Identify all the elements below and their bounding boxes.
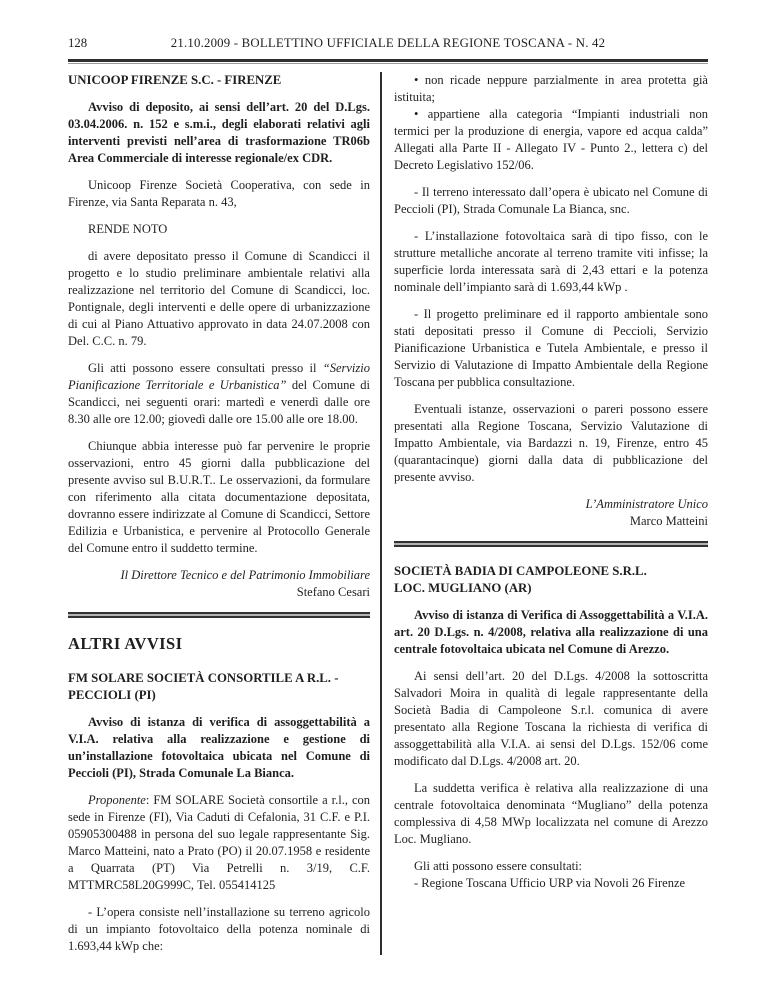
signature-name: Marco Matteini bbox=[394, 513, 708, 530]
paragraph: Proponente: FM SOLARE Società consortile… bbox=[68, 792, 370, 894]
paragraph: - L’installazione fotovoltaica sarà di t… bbox=[394, 228, 708, 296]
paragraph: La suddetta verifica è relativa alla rea… bbox=[394, 780, 708, 848]
section-separator-rule bbox=[68, 612, 370, 618]
column-divider bbox=[380, 72, 382, 955]
bullet-item: • appartiene alla categoria “Impianti in… bbox=[394, 106, 708, 174]
company-heading-line2: LOC. MUGLIANO (AR) bbox=[394, 580, 708, 597]
page-content: 128 21.10.2009 - BOLLETTINO UFFICIALE DE… bbox=[0, 0, 768, 955]
paragraph: Eventuali istanze, osservazioni o pareri… bbox=[394, 401, 708, 486]
notice-title: Avviso di istanza di Verifica di Assogge… bbox=[394, 607, 708, 658]
paragraph: Gli atti possono essere consultati: bbox=[394, 858, 708, 875]
paragraph: di avere depositato presso il Comune di … bbox=[68, 248, 370, 350]
header-title: 21.10.2009 - BOLLETTINO UFFICIALE DELLA … bbox=[68, 36, 708, 51]
section-heading-altri-avvisi: ALTRI AVVISI bbox=[68, 634, 370, 654]
paragraph: - Regione Toscana Ufficio URP via Novoli… bbox=[394, 875, 708, 892]
right-column: • non ricade neppure parzialmente in are… bbox=[394, 72, 708, 955]
paragraph: - L’opera consiste nell’installazione su… bbox=[68, 904, 370, 955]
paragraph-text: Gli atti possono essere consultati press… bbox=[88, 361, 323, 375]
signature-role: L’Amministratore Unico bbox=[394, 496, 708, 513]
bullet-item: • non ricade neppure parzialmente in are… bbox=[394, 72, 708, 106]
paragraph: Chiunque abbia interesse può far perveni… bbox=[68, 438, 370, 557]
paragraph-italic-text: Proponente bbox=[88, 793, 146, 807]
header-rule bbox=[68, 59, 708, 64]
company-heading-line1: SOCIETÀ BADIA DI CAMPOLEONE S.R.L. bbox=[394, 563, 708, 580]
section-separator-rule bbox=[394, 541, 708, 547]
bulletin-page: 128 21.10.2009 - BOLLETTINO UFFICIALE DE… bbox=[0, 0, 768, 994]
company-heading-unicoop: UNICOOP FIRENZE S.C. - FIRENZE bbox=[68, 72, 370, 89]
page-number: 128 bbox=[68, 36, 87, 51]
paragraph: Gli atti possono essere consultati press… bbox=[68, 360, 370, 428]
paragraph: Ai sensi dell’art. 20 del D.Lgs. 4/2008 … bbox=[394, 668, 708, 770]
company-heading-fm-solare: FM SOLARE SOCIETÀ CONSORTILE A R.L. - PE… bbox=[68, 670, 370, 704]
page-header: 128 21.10.2009 - BOLLETTINO UFFICIALE DE… bbox=[68, 36, 708, 56]
paragraph: - Il progetto preliminare ed il rapporto… bbox=[394, 306, 708, 391]
notice-title: Avviso di istanza di verifica di assogge… bbox=[68, 714, 370, 782]
rende-noto-heading: RENDE NOTO bbox=[68, 221, 370, 238]
signature-name: Stefano Cesari bbox=[68, 584, 370, 601]
company-heading-badia: SOCIETÀ BADIA DI CAMPOLEONE S.R.L. LOC. … bbox=[394, 563, 708, 597]
left-column: UNICOOP FIRENZE S.C. - FIRENZE Avviso di… bbox=[68, 72, 370, 955]
paragraph: Unicoop Firenze Società Cooperativa, con… bbox=[68, 177, 370, 211]
paragraph: - Il terreno interessato dall’opera è ub… bbox=[394, 184, 708, 218]
paragraph-text: : FM SOLARE Società consortile a r.l., c… bbox=[68, 793, 370, 892]
signature-role: Il Direttore Tecnico e del Patrimonio Im… bbox=[68, 567, 370, 584]
notice-title: Avviso di deposito, ai sensi dell’art. 2… bbox=[68, 99, 370, 167]
two-column-body: UNICOOP FIRENZE S.C. - FIRENZE Avviso di… bbox=[68, 72, 708, 955]
